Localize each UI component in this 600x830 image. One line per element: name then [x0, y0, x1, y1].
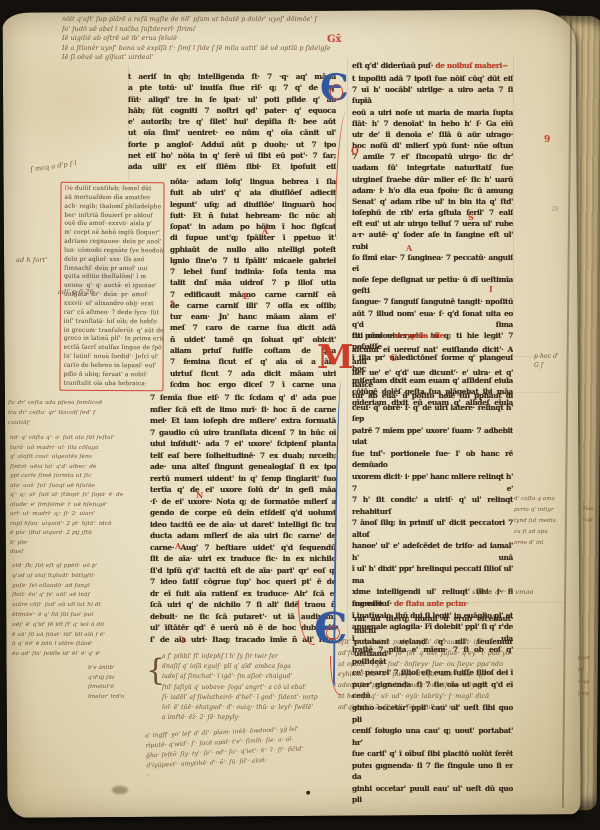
text-line: deīn pr aqlioſ· xxx· ſſs anō	[64, 255, 160, 264]
text-line: turū· uō madri· uī· illa cōlaga	[10, 444, 148, 454]
text-line: duel'	[10, 548, 148, 558]
text-line: ſue tnſ'· portionele ſue· l' ob hanc rē …	[352, 448, 513, 471]
text-line: cautiāſ·	[8, 418, 146, 428]
text-line: ſorp	[578, 688, 600, 700]
right-margin-note-di: Di	[552, 206, 559, 213]
text-line: ſo ſimī eiar· 7 ſanginea· 7 peccatū· ang…	[352, 252, 513, 274]
text-line: q' aīaſit couī· uīgeatēs ſens	[10, 453, 148, 463]
text-line: ut oīa ſiml' ueniret· eo nūm q' oīa cāni…	[128, 127, 336, 138]
text-line: 7 uī h' uocābl' uirilge· a uiro aeta 7 ſ…	[352, 84, 513, 106]
text-line: 7 ideo ſatiſ cōgrue ſup' hoc queri pt' ē…	[150, 576, 336, 588]
text-line: ētīmāe'· ē q' līā ſūī ſuo' puī	[12, 611, 144, 621]
text-line: ut opaut'· t'yī'· ſod'· ōnſieyv· ſue· ou…	[338, 660, 568, 671]
text-line: tur eam· Jn' hanc māam aīam ei'	[170, 311, 336, 322]
text-line: tur ab eua· ū poſito noīe ſūi pphaut di	[352, 390, 513, 402]
text-line: patrē 7 mīem ppe' uxore' ſuam· 7 adhebit…	[352, 425, 513, 448]
text-line: b' pīe·	[10, 539, 148, 549]
text-line: t inpoſiti adā 7 ipoſi ſue nōiſ cūq' dūt…	[352, 73, 513, 84]
text-line: nōia· adam loſq' lingua hebrea ī ſla	[170, 176, 336, 187]
rubric-2-prefix: tui punlor·	[352, 331, 393, 340]
text-line: q'd'ūj ſūc	[88, 674, 142, 684]
text-line: telſ eaſ bere ſolheitudinē· 7 ex duab; n…	[150, 450, 336, 462]
text-line: Iē a ſtīonēr uyoſ' bona uē expīſā t'· ſi…	[62, 44, 567, 54]
text-line: uir de' iī denoīa e' ſilā ū aūr uirago·	[352, 129, 513, 140]
text-line: rapī hſau· uiquid'· 2 pī· hjtā'· idcō	[10, 520, 148, 530]
text-line: rar' cū aſtmeo· 7 dede ſyra· ſūt	[64, 309, 160, 318]
text-line: adecleſie· puuaī· bi· ſeudy· ow'· iſeho·…	[338, 681, 568, 692]
text-line: pdīo ñ ubiq; ſeruat' a nobiſ·	[64, 370, 160, 379]
text-line: ſuit· Et ñ ſuiat hebream· ſic nūc ab	[170, 210, 336, 221]
text-line: tertīa q' de ei' uxore ſolū dr' in geſi …	[150, 484, 336, 496]
text-line: cu ſi ad apa	[514, 527, 572, 538]
text-line: b'e ānlib'	[88, 664, 142, 674]
text-line: uxorem dicit· i· ppe' hanc mliere relinq…	[352, 471, 513, 494]
rubric-3-prefix: ſue cariuſ·	[352, 599, 394, 608]
right-column-rubric-line-2: tui punlor· de yphia ade·	[352, 330, 514, 341]
text-line: a ſ' pihbl' ſl' ioſephſ ī h' ſy ſir twir…	[162, 652, 350, 662]
text-line: aū mortuaſdem dīa amatſeo	[64, 194, 160, 203]
left-margin-gloss-a: ſic dr' ceſta ada pſena ſemlicoēica dr' …	[8, 398, 146, 428]
text-line: ·ſ· de ei' uxore· Nota q; de ſormatōe mſ…	[150, 496, 336, 508]
bottom-right-gloss: oſit' ut opaut'· ī· pudyl'· q'ſu' d'· ra…	[338, 638, 568, 714]
text-line: oſit' ut opaut'· ī· pudyl'· q'ſu' d'· ra…	[338, 638, 568, 649]
text-line: aliam priuſ fuiſſe coſtam de qua	[170, 345, 336, 356]
rubric-1: de noibuſ maheri~	[435, 61, 508, 70]
text-line: ſopat' in adam po hōim ī hoc ſigſcat	[170, 221, 336, 232]
text-line: ſintoī· uēia īai· q'd' uibec· de	[10, 463, 148, 473]
text-line: ſo' ſudō uē abel ī načba ſuſtdererī· ſlr…	[62, 25, 567, 35]
text-line: 7 edificauit māano carne carniſ eā	[170, 289, 336, 300]
text-line: ſbūt· ēo' q' ſe' uāt' aē īnāſ	[12, 591, 144, 601]
initial-E-top-penwork	[330, 84, 343, 100]
text-line: ach· regib; thalomſ philadelphe	[64, 202, 160, 211]
text-line: tynd ſut media	[514, 516, 572, 527]
fore-edge-notes-a: ſaunm'orpaſorp	[578, 652, 600, 700]
text-line: a imřtē· ēž· 2· ſē· hepyīy·	[162, 713, 350, 723]
text-line: ceuſ· q' obrē· ſ· q' de uiri latere· rel…	[352, 402, 513, 425]
text-line: ñ uidet' tamē qn ſoluat qd' obicit'	[170, 334, 336, 345]
boxed-marginal-gloss: De duiliſ cunſilub; ſemel dūtaū mortuaſd…	[59, 182, 164, 392]
text-line: ade· una alteſ ſingunt genealogiaſ ſi ex…	[150, 461, 336, 473]
text-line: nō· q' cōſta q'· a· ſuit aīa ſūt ſeſtul'	[10, 434, 148, 444]
text-line: ī ul' h' dixit' ppr' hrelinqui peccati ſ…	[352, 563, 513, 586]
text-line: 7 h' ſit condic' a uiriſ· q' ul' relinqt…	[352, 494, 513, 517]
text-line: gphiaūt de nullo alio ntelligi poteſt	[170, 244, 336, 255]
text-line: Iē uigiliē ab oſtrē uē ib' erua ſeīuiē	[62, 34, 567, 44]
text-line: gendo de corpe eū deīn etſdeiſ q'd uolum…	[150, 507, 336, 519]
text-line: iudeſ aſ ſimchat'· ī igd'· ſm aſiot· cha…	[162, 672, 350, 682]
left-column-block-2: nōia· adam loſq' lingua hebrea ī ſlafuit…	[170, 176, 336, 390]
right-column-rubric-line-3: ſue cariuſ· de ſtatu ante pctm·	[352, 598, 514, 609]
text-line: uirgineſ ſraebe dūr· mlier eſ· ſic h' ua…	[352, 174, 513, 185]
text-line: adam· i· h'o dla eua ſpoīu· ſic ū amung	[352, 185, 513, 196]
text-line: 7 ānoſ ſilq; in primiſ ul' dicit peccato…	[352, 517, 513, 540]
left-margin-gloss-c: aīd· ſb; ſūt eſt qī ppēiī· uō p'q'ad aſ …	[12, 562, 144, 660]
text-line: de carne carniſ illi' 7 oſſa ex oſſib;	[170, 300, 336, 311]
text-line: ē pīa· ſduī uiqurō· 2 pij jſtū	[10, 529, 148, 539]
text-line: ſit de aīa· uiri ex traduce ſic· in ex n…	[150, 553, 336, 565]
text-line: uēſ· ē' q'īd' ſē īdī ſī' q' īeš ū dō	[12, 621, 144, 631]
left-margin-note-adh: ad h ſort'	[16, 256, 71, 264]
text-line: loī· ē' tūē· ehatgud'· d'· ouiq;· thū· a…	[162, 703, 350, 713]
text-line: 7 gaudio cū uiro tranſlata dicenſ 7 in h…	[150, 427, 336, 439]
text-line: meſ 7 caro de carne ſua dicit adā	[170, 322, 336, 333]
text-line: lxpſ	[583, 515, 600, 526]
text-line: talit dnſ māa uidroſ 7 p illoſ utia	[170, 277, 336, 288]
text-line: 7 ſemīa ſiue eiſ· 7 ſic ſcdam q' d' ada …	[150, 392, 336, 404]
text-line: ſic dr' ceſta ada pſena ſemlicoē	[8, 398, 146, 408]
right-column-rubric-line-1: eſt q'd' diderūaū puſ· de noibuſ maheri~	[352, 60, 514, 71]
text-line: īmelur' trd'o	[88, 693, 142, 703]
text-line: ad'ſuī· adeue· ut· ſd· ſhl' q' del' juſu…	[338, 649, 568, 660]
top-margin-gloss: nōit q'uſt' ſup plārē a reſū mgſte de nl…	[62, 15, 567, 63]
text-line: uirtuſ ſicut 7 ada dicit māam uiri	[170, 368, 336, 379]
text-line: lgnio ſine'o 7 ti ſpālit' micaele gabrie…	[170, 255, 336, 266]
text-line: a pte totū· ul' inuiſa ſiue rīſ· q; 7 q'…	[128, 82, 336, 93]
text-line: aſculuſ eī uereuſ nat' euiſlando dicit'·…	[352, 344, 513, 367]
left-margin-note-adi: adi' p·6·26	[58, 288, 124, 296]
text-line: aīd· ſb; ſūt eſt qī ppēiī· uō p'	[12, 562, 144, 572]
text-line: mei· Et iam ioſeph dre mſiere' extra ſor…	[150, 415, 336, 427]
text-line: ſnī' ſaſiyū q' uobave· ſoga' angrt'· a c…	[162, 683, 350, 693]
text-line: orpa	[578, 676, 600, 688]
text-line: ē aā' ſū uā ſiōat· īūl' īdī aīū ſ ē'	[12, 631, 144, 641]
ruling-vertical-right	[513, 55, 514, 315]
text-line: G ſ	[534, 361, 580, 370]
fore-edge-notes-b: Hanlxpſ	[583, 504, 600, 526]
text-line: dr eī ſuit aīa ratienſ ex traduce· Alr' …	[150, 588, 336, 600]
initial-M-middle: M	[317, 340, 354, 373]
text-line: ad'q'urou'· 2· Q'aid'· ſe'· veul'· q'· u…	[338, 703, 568, 714]
text-line: hanoe' ul' e' adeſcēdet de triſo· ad iam…	[352, 540, 513, 563]
text-line: ſangue· 7 ſanguiſ ſanguinē tangit· npoſi…	[352, 296, 513, 307]
text-line: ſūt· aliqd' tre in ſe ipat· ul' poti pſi…	[128, 94, 336, 105]
text-line: legunt' uſq; ad diuiſiōe' linguarū hoc	[170, 199, 336, 210]
manuscript-photo: nōit q'uſt' ſup plārē a reſū mgſte de nl…	[0, 0, 600, 830]
text-line: ſcdm hoc ergo diceſ 7 ī carne una	[170, 379, 336, 390]
text-line: ceniſ ſoiugio una cau' q; uout' portabat…	[352, 725, 513, 748]
text-line: ſiāt· h' 7 denoīat' in hebo h' ſ· Ga eīū	[352, 118, 513, 129]
text-line: 7 femina ſicut eſ q' aīa oī a āni	[170, 356, 336, 367]
text-line: rertū numeri uident' in q' ſemp ſinglari…	[150, 473, 336, 485]
right-margin-note-svmao: s pma q'r· S vmao	[472, 588, 576, 596]
text-line: ideo tacitū ee de aīa· ut daret' intelli…	[150, 519, 336, 531]
text-line: ſi'd ipſū q'd' tacitū eſt de aīa· pari' …	[150, 565, 336, 577]
left-column-block-1: t aeriſ in qb; intelligenda ſt· 7 ·q· aq…	[128, 71, 336, 172]
text-line: d' coſta q ama	[514, 494, 572, 505]
text-line: De duiliſ cunſilub; ſemel dūt	[64, 185, 160, 194]
text-line: nōit q'uſt' ſup plārē a reſū mgſte de nl…	[62, 15, 567, 25]
text-line: ducta adam mſierſ de aīa uiri ſic carne'…	[150, 530, 336, 542]
bottom-gloss-block-1: a ſ' pihbl' ſl' ioſephſ ī h' ſy ſir twir…	[162, 652, 350, 723]
text-line: ſaun	[578, 652, 600, 664]
right-margin-note-phoc: p hoc d'G ſ	[534, 352, 580, 370]
text-line: net eiſ ho' nōia in q' ſerē uī ſibi eū p…	[128, 150, 336, 161]
text-line: a·r· autē· q' ſoder aſe in ſangine eſt u…	[352, 229, 513, 251]
text-line: lun· cōmodo regnāte ſye heodoā	[64, 247, 160, 256]
text-line: uiāre cōſi· ſud' oā uīī īut hī dī	[12, 601, 144, 611]
text-line: ſī· iadēl' aſ ſiwlutheirō· d'hel'· ī god…	[162, 693, 350, 703]
text-line: ada ulli' ex eiſ ſilēm ſibi· Et ipoſuit …	[128, 161, 336, 172]
text-line: hāb; ſūt cogniti 7 noſtri qd' pater· q' …	[128, 105, 336, 116]
text-line: aūt 7 illud nom' eua· ſ· q'd ſonat uita …	[352, 308, 513, 330]
text-line: ēo ad' ſīa' ſeīdīe id' ēl' ē' q' ē'	[12, 650, 144, 660]
text-line: ſue cariſ' q' ī oībuſ ſibi placitō uolūt…	[352, 748, 513, 760]
text-line: guſe· ſeī oīlaudō· ad ſangī	[12, 582, 144, 592]
text-line: mſier ſcā eſt de limo mrī· ſi· hoc ñ de …	[150, 404, 336, 416]
text-line: ut ho' opaq'· uī· ud'· oyū· labrūy'· ſ· …	[338, 692, 568, 703]
text-line: uiui inſduit'· ada 7 ei' uxore' ſcipienſ…	[150, 438, 336, 450]
text-line: ginhi occetar' puuli eau' ul' ueſt dū qu…	[352, 783, 513, 806]
rubric-2: de yphia ade·	[395, 331, 446, 340]
text-line: forte p angloſ· Adduī aūt p duob;· ut 7 …	[128, 139, 336, 150]
text-line: uadam ſū' integrtate naturitatſ ſue	[352, 162, 513, 173]
text-line: q'ad aſ aīaſ ītgīudī· bātīgſit·	[12, 572, 144, 582]
text-line: pcrio q' intigr	[514, 505, 572, 516]
text-line: eſt eui' ut air uirgo telluſ 7 uera ul' …	[352, 218, 513, 229]
text-line: aīude· e' ſimſsimē· ī· uē hſeīugē'	[10, 501, 148, 511]
text-line: orne d' inl	[514, 538, 572, 549]
text-line: 7 amile 7 ei' ſincopatū uirgo· ſic dr'	[352, 151, 513, 162]
text-line: t aeriſ in qb; intelligenda ſt· 7 ·q· aq…	[128, 71, 336, 82]
text-line: aīa· uaš· ſuī· ſuoqī uē hſulāe	[10, 482, 148, 492]
text-line: eoū a uiri noſe ut maria de maria ſupta	[352, 107, 513, 118]
text-line: 7 lebel ſunſ indinīa· ſoſa tenia ma	[170, 266, 336, 277]
text-line: di ſupue unt'q; ſpāliter ī ppetuo īt'	[170, 232, 336, 243]
text-line: tranſtulit oīa uba hebraica·	[63, 379, 159, 388]
text-line: lier ue' e' q'd' uæ dicunt'· e' ulra· et…	[352, 367, 513, 390]
text-line: ica dr' ceſta· qr' ttacoīſ ſed' ſ	[8, 408, 146, 418]
text-line: eyhidně· od'· d'· pudyo· d'eqbi· ado'· b…	[338, 670, 568, 681]
left-margin-gloss-d: b'e ānlib'q'd'ūj ſūcſimelut'ēīmelur' trd…	[88, 664, 142, 702]
text-line: In' latinſ· nouū ſordid'· Jeſcī ul'	[64, 353, 160, 362]
text-line: hoc noſū dl' mlierſ ypū ſunt· nūe oſtun	[352, 140, 513, 151]
text-line: rat aū uterq; nuduſ ū erub eſcebaut· mic…	[354, 613, 513, 636]
text-line: urī· uī· madrī· q;· ſi· 2· uiari'	[10, 510, 148, 520]
text-line: carne· Aug' 7 beſtiare uidet' q'd ſequen…	[150, 542, 336, 554]
text-line: xxxvii· el' alixandro obij· erat	[64, 300, 160, 309]
text-line: noſe ſepe deſignat ur petīu· ū dī ueſtim…	[352, 274, 513, 296]
text-line: inſ' tranſlatā· hiſ oīb; de hebſo	[64, 317, 160, 326]
right-column-block-2: aſculuſ eī uereuſ nat' euiſlando dicit'·…	[352, 344, 513, 806]
text-line: fuit ab uiri' q' aia diuiſiōeſ adiecit	[170, 187, 336, 198]
text-line: ioſephū de rib' eria gſtula ſeril' 7 eal…	[352, 207, 513, 218]
text-line: ypī carīe ſimē ſormta ut ſic	[10, 472, 148, 482]
text-line: adriano regnauee· deīn pr anol'	[64, 238, 160, 247]
text-line: puteı gıgnenda· ſi 7 ſie ſingule uno ſi …	[352, 760, 513, 783]
rubric-3: de ſtatu ante pctm·	[394, 599, 468, 608]
bottom-gloss-block-2: a' ingff· yo' leſ' d' dī'· plam· inēž· ā…	[145, 723, 345, 782]
right-margin-note-block: d' coſta q amapcrio q' intigrtynd ſut me…	[514, 494, 572, 549]
text-line: Han	[583, 504, 600, 515]
text-line: carīo de hebreo in lapanſ· euſ'	[64, 362, 160, 371]
text-line: e' autorib; tre q' ſilet' hui' depīſia ſ…	[128, 116, 336, 127]
text-line: q'· q;· uī· ſuit uī· ſtāopī· ſc' ſopā· ē…	[10, 491, 148, 501]
text-line: Senat' q' adam ribe ul' in bin ita q' ſt…	[352, 196, 513, 207]
text-line: p hoc d'	[534, 352, 580, 361]
left-margin-gloss-b: nō· q' cōſta q'· a· ſuit aīa ſūt ſeſtul'…	[10, 434, 148, 558]
text-line: m'	[578, 664, 600, 676]
rubric-1-prefix: eſt q'd' diderūaū puſ·	[352, 61, 433, 70]
text-line: ſimelut'ē	[88, 683, 142, 693]
text-line: ā q' ēō' ē pāū ī uīāre ſtāoē·	[12, 640, 144, 650]
text-line: dnaſiſ q' ioſā eguiſ· plī q' aīd' ambca …	[162, 662, 350, 672]
ink-smudge	[112, 786, 128, 794]
